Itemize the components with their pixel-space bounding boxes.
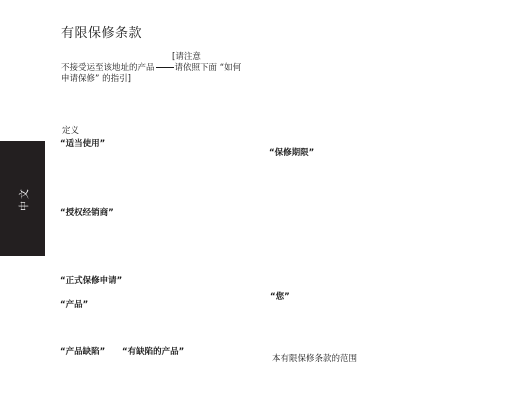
term-formal-claim: “正式保修申请” [60,276,122,287]
note-bracket-open: [请注意 [172,52,201,63]
dash-divider [156,67,174,68]
term-product-defect: “产品缺陷” [60,347,105,358]
term-product: “产品” [60,300,88,311]
term-warranty-period: “保修期限” [269,148,314,159]
note-line-1-left: 不接受运至该地址的产品 [61,63,155,73]
note-line-2: 申请保修” 的指引] [61,74,131,85]
term-proper-use: “适当使用” [60,139,105,150]
term-you: “您” [270,292,290,303]
language-tab: 中文 [0,141,45,256]
term-defective-product: “有缺陷的产品” [122,347,184,358]
term-authorized-dealer: “授权经销商” [60,208,114,219]
page-title: 有限保修条款 [61,22,142,41]
note-line-1: 不接受运至该地址的产品请依照下面 “如何 [61,63,241,74]
note-line-1-right: 请依照下面 “如何 [175,63,242,73]
definitions-heading: 定义 [62,126,79,137]
language-tab-label: 中文 [15,187,30,211]
scope-heading: 本有限保修条款的范围 [272,354,357,365]
